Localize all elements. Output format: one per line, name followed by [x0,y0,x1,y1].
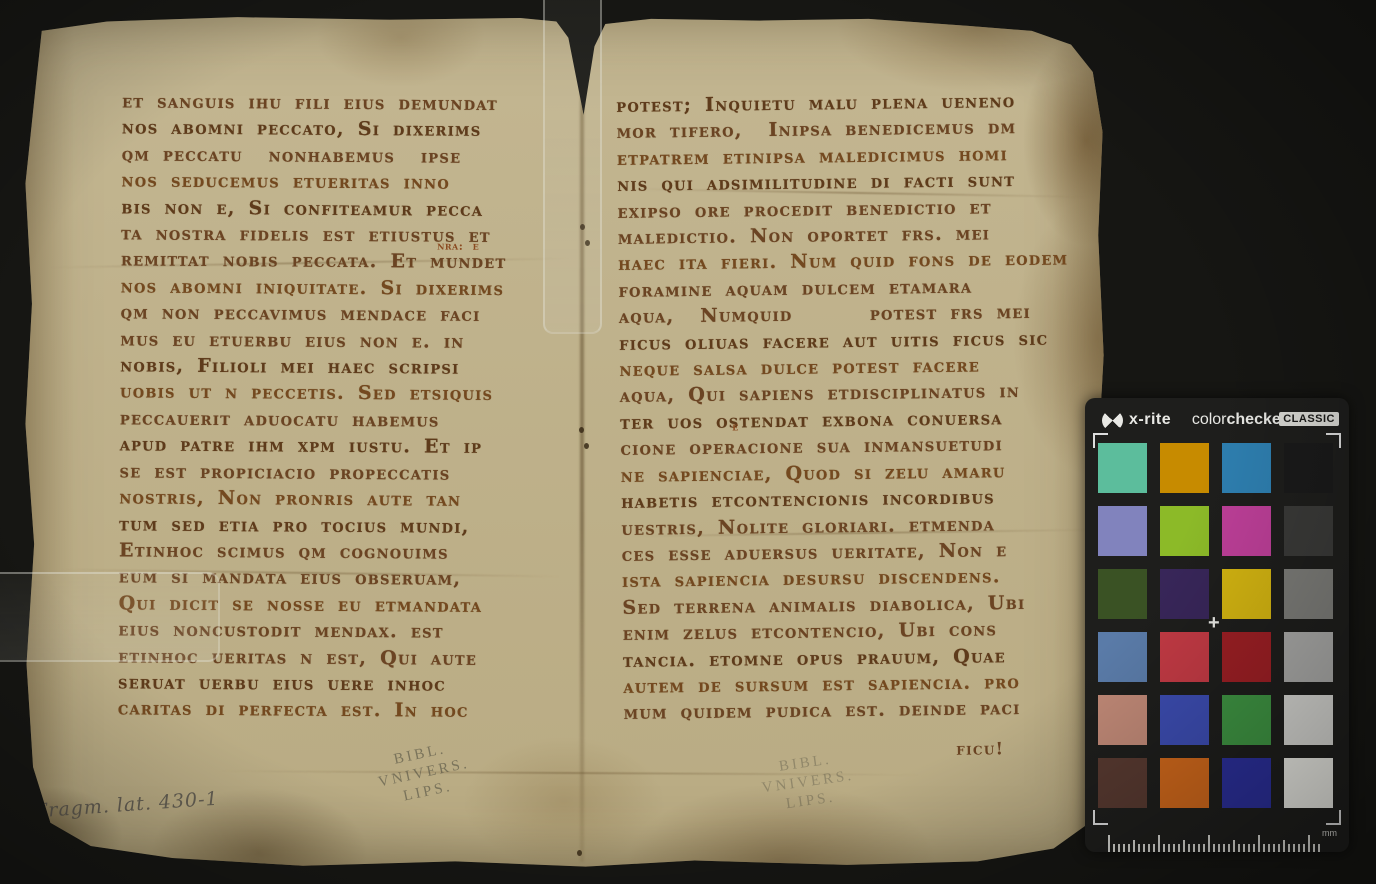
ruler-tick [1318,844,1320,852]
line-overflow-word: ficu! [956,736,1004,763]
color-patch-green [1222,695,1271,745]
color-patch-blue-flower [1098,506,1147,556]
ruler-unit-label: mm [1322,828,1337,838]
color-patch-purplish-blue [1160,695,1209,745]
interlinear-note: nra: e [437,241,479,252]
ruler-tick [1188,844,1190,852]
ruler-tick [1148,844,1150,852]
color-patch-blue [1222,758,1271,808]
manuscript-text-line: mus eu etuerbu eius non e. in [120,326,592,356]
ruler-tick [1108,835,1110,852]
ruler-tick [1208,835,1210,852]
interlinear-note: e [732,421,739,432]
color-patch-bluish-green [1098,443,1147,493]
ruler-tick [1248,844,1250,852]
shelfmark-label: Fragm. lat. 430-1 [33,788,219,823]
manuscript-text-line: apud patre ihm xpm iustu. Et ip [120,432,592,462]
color-patch-light-skin [1098,695,1147,745]
color-patch-cyan [1222,443,1271,493]
xrite-brand-label: x-rite [1129,411,1171,429]
ruler-tick [1213,844,1215,852]
ruler-tick [1153,844,1155,852]
manuscript-text-line: nobis, Filioli mei haec scripsi [120,352,592,382]
color-patch-neutral-6-5 [1284,632,1333,682]
ruler-tick [1288,844,1290,852]
ruler-tick [1218,844,1220,852]
right-page-text: e ficu! potest; Inquietu malu plena uene… [616,87,1096,726]
manuscript-text-line: nos abomni peccato, Si dixerims [122,115,594,145]
color-patch-white [1284,758,1333,808]
color-patch-neutral-5 [1284,569,1333,619]
wordmark-checker: checker [1227,411,1288,428]
color-patch-yellow [1222,569,1271,619]
manuscript-text-line: nostris, Non pronris aute tan [119,484,591,514]
color-patch-foliage [1098,569,1147,619]
ruler-tick [1308,835,1310,852]
manuscript-text-line: nos seducemus etueritas inno [121,168,593,198]
ruler-tick [1253,844,1255,852]
manuscript-text-line: et sanguis ihu fili eius demundat [122,88,594,118]
manuscript-text-line: seruat uerbu eius uere inhoc [118,669,590,699]
ruler-tick [1113,844,1115,852]
ruler-tick [1203,844,1205,852]
manuscript-text-line: qm non peccavimus mendace faci [121,300,593,330]
ruler-tick [1183,840,1185,852]
ruler-tick [1273,844,1275,852]
classic-edition-badge: CLASSIC [1279,412,1339,426]
color-patch-purple [1160,569,1209,619]
color-patch-black [1284,443,1333,493]
manuscript-text-line: peccauerit aduocatu habemus [120,405,592,435]
ruler-tick [1228,844,1230,852]
manuscript-text-line: qm peccatu nonhabemus ipse [122,141,594,171]
color-patch-orange [1160,758,1209,808]
ruler-tick [1233,840,1235,852]
color-patch-neutral-8 [1284,695,1333,745]
manuscript-text-line: se est propiciacio propeccatis [119,458,591,488]
ruler-tick [1313,844,1315,852]
manuscript-text-line: mum quidem pudica est. deinde paci [624,694,1096,726]
ruler-tick [1283,840,1285,852]
ruler-tick [1123,844,1125,852]
ruler-tick [1158,835,1160,852]
registration-bracket [1326,810,1341,825]
ruler-tick [1168,844,1170,852]
manuscript-text-line: uobis ut n peccetis. Sed etsiquis [120,379,592,409]
ruler-tick [1173,844,1175,852]
ruler-tick [1303,844,1305,852]
ruler-tick [1258,835,1260,852]
ruler-tick [1293,844,1295,852]
ruler-tick [1193,844,1195,852]
ruler-tick [1128,844,1130,852]
manuscript-text-line: nos abomni iniquitate. Si dixerims [121,273,593,303]
ruler-tick [1118,844,1120,852]
ruler-tick [1263,844,1265,852]
library-stamp-right: BIBL.VNIVERS.LIPS. [739,745,878,820]
ruler-tick [1178,844,1180,852]
ruler-tick [1298,844,1300,852]
color-patch-dark-skin [1098,758,1147,808]
manuscript-text-line: Etinhoc scimus qm cognouims [119,537,591,567]
manuscript-text-line: caritas di perfecta est. In hoc [118,696,590,726]
color-patch-magenta [1222,506,1271,556]
library-stamp-left: BIBL.VNIVERS.LIPS. [354,732,495,815]
ruler-ticks [1108,835,1320,852]
photograph-background: nra: e et sanguis ihu fili eius demundat… [0,0,1376,884]
colorchecker-header: x-rite colorchecker CLASSIC [1085,408,1349,434]
color-patch-yellow-green [1160,506,1209,556]
ruler-tick [1223,844,1225,852]
manuscript-text-line: remittat nobis peccata. Et mundet [121,247,593,277]
ruler-tick [1238,844,1240,852]
manuscript-text-line: ta nostra fidelis est etiustus et [121,220,593,250]
plexiglass-clamp-top [543,0,602,334]
sewing-hole [577,850,582,856]
ruler-tick [1163,844,1165,852]
ruler-tick [1243,844,1245,852]
ruler-tick [1138,844,1140,852]
ruler-tick [1198,844,1200,852]
wordmark-color: color [1192,411,1227,428]
colorchecker-wordmark: colorchecker [1192,411,1287,429]
ruler-tick [1268,844,1270,852]
center-cross-mark: + [1208,612,1220,635]
registration-bracket [1093,810,1108,825]
manuscript-text-line: bis non e, Si confiteamur pecca [121,194,593,224]
ruler-tick [1278,844,1280,852]
color-patch-blue-sky [1098,632,1147,682]
plexiglass-clamp-left [0,572,220,662]
color-patch-moderate-red [1160,632,1209,682]
xrite-logo-icon [1102,410,1123,431]
color-patch-neutral-3-5 [1284,506,1333,556]
ruler-tick [1133,840,1135,852]
ruler-tick [1143,844,1145,852]
manuscript-text-line: tum sed etia pro tocius mundi, [119,511,591,541]
color-patch-orange-yellow [1160,443,1209,493]
color-patch-red [1222,632,1271,682]
colorchecker-card: x-rite colorchecker CLASSIC + mm [1085,398,1349,852]
